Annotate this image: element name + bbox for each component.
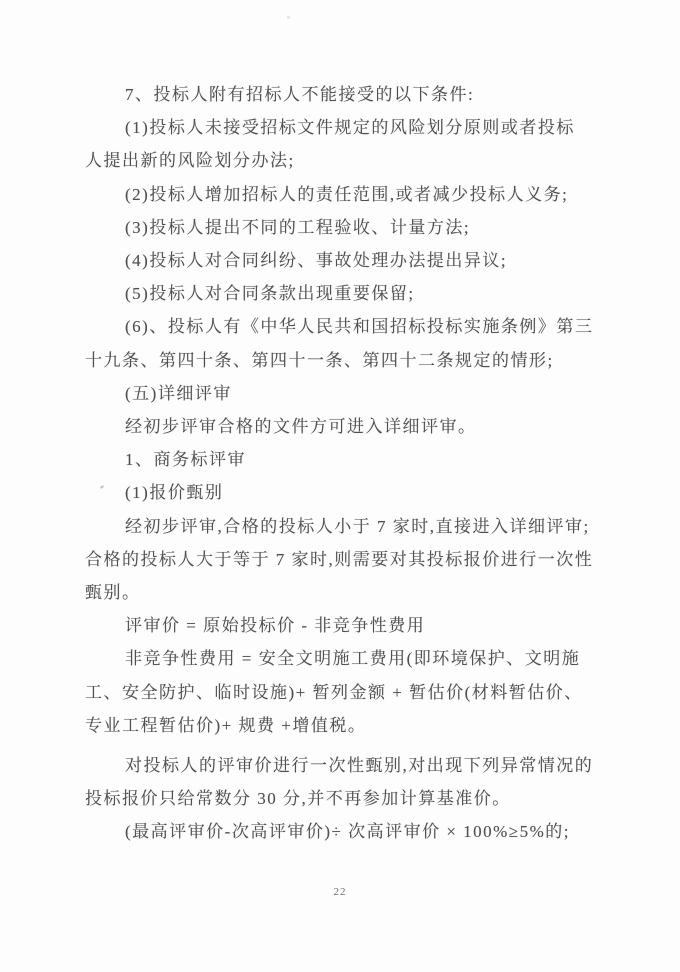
scan-speck-icon (287, 16, 290, 19)
text-line: (1)投标人未接受招标文件规定的风险划分原则或者投标 (85, 111, 595, 144)
text-line: (3)投标人提出不同的工程验收、计量方法; (85, 211, 595, 244)
text-line: (4)投标人对合同纠纷、事故处理办法提出异议; (85, 244, 595, 277)
text-line: (2)投标人增加招标人的责任范围,或者减少投标人义务; (85, 178, 595, 211)
text-line: 经初步评审,合格的投标人小于 7 家时,直接进入详细评审; (85, 510, 595, 543)
text-line: 对投标人的评审价进行一次性甄别,对出现下列异常情况的 (85, 749, 595, 782)
document-page: 7、投标人附有招标人不能接受的以下条件:(1)投标人未接受招标文件规定的风险划分… (0, 0, 680, 972)
text-line: (1)报价甄别 (85, 476, 595, 509)
text-line: 甄别。 (85, 576, 595, 609)
text-line: 十九条、第四十条、第四十一条、第四十二条规定的情形; (85, 344, 595, 377)
text-line: 人提出新的风险划分办法; (85, 144, 595, 177)
text-line: 专业工程暂估价)+ 规费 +增值税。 (85, 709, 595, 742)
text-line: 经初步评审合格的文件方可进入详细评审。 (85, 410, 595, 443)
document-body: 7、投标人附有招标人不能接受的以下条件:(1)投标人未接受招标文件规定的风险划分… (85, 78, 595, 849)
text-line: (最高评审价-次高评审价)÷ 次高评审价 × 100%≥5%的; (85, 815, 595, 848)
text-line: 评审价 = 原始投标价 - 非竞争性费用 (85, 609, 595, 642)
text-line: 7、投标人附有招标人不能接受的以下条件: (85, 78, 595, 111)
text-line: (5)投标人对合同条款出现重要保留; (85, 277, 595, 310)
text-line: 合格的投标人大于等于 7 家时,则需要对其投标报价进行一次性 (85, 543, 595, 576)
text-line: (6)、投标人有《中华人民共和国招标投标实施条例》第三 (85, 310, 595, 343)
text-line: 投标报价只给常数分 30 分,并不再参加计算基准价。 (85, 782, 595, 815)
text-line: 工、安全防护、临时设施)+ 暂列金额 + 暂估价(材料暂估价、 (85, 676, 595, 709)
text-line: 非竞争性费用 = 安全文明施工费用(即环境保护、文明施 (85, 642, 595, 675)
text-line: 1、商务标评审 (85, 443, 595, 476)
page-number: 22 (0, 886, 680, 898)
text-line: (五)详细评审 (85, 377, 595, 410)
